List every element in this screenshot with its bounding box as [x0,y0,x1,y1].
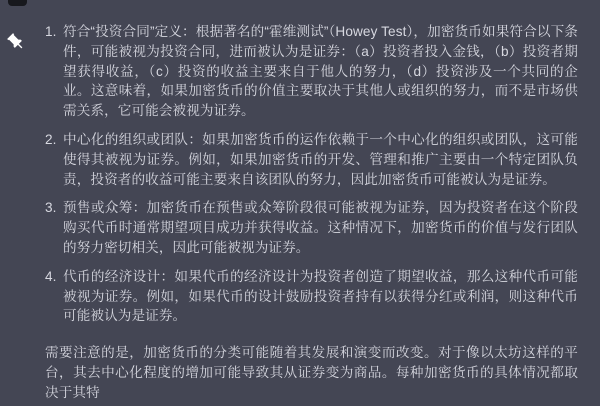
message-content: 1. 符合“投资合同”定义：根据著名的“霍维测试”（Howey Test），加密… [45,22,578,403]
closing-paragraph: 需要注意的是，加密货币的分类可能随着其发展和演变而改变。对于像以太坊这样的平台，… [45,343,578,402]
list-item-text: 代币的经济设计：如果代币的经济设计为投资者创造了期望收益，那么这种代币可能被视为… [63,267,578,326]
pin-icon[interactable] [2,28,30,56]
list-item: 4. 代币的经济设计：如果代币的经济设计为投资者创造了期望收益，那么这种代币可能… [45,267,578,326]
list-item-number: 4. [45,267,63,326]
list-item-number: 1. [45,22,63,121]
list-item: 1. 符合“投资合同”定义：根据著名的“霍维测试”（Howey Test），加密… [45,22,578,121]
list-item: 2. 中心化的组织或团队：如果加密货币的运作依赖于一个中心化的组织或团队，这可能… [45,130,578,189]
list-item-text: 预售或众筹：加密货币在预售或众筹阶段很可能被视为证券，因为投资者在这个阶段购买代… [63,198,578,257]
list-item: 3. 预售或众筹：加密货币在预售或众筹阶段很可能被视为证券，因为投资者在这个阶段… [45,198,578,257]
list-item-number: 3. [45,198,63,257]
numbered-list: 1. 符合“投资合同”定义：根据著名的“霍维测试”（Howey Test），加密… [45,22,578,326]
list-item-text: 中心化的组织或团队：如果加密货币的运作依赖于一个中心化的组织或团队，这可能使得其… [63,130,578,189]
avatar-fragment [8,0,27,6]
chat-message-panel: 1. 符合“投资合同”定义：根据著名的“霍维测试”（Howey Test），加密… [0,0,600,406]
list-item-number: 2. [45,130,63,189]
list-item-text: 符合“投资合同”定义：根据著名的“霍维测试”（Howey Test），加密货币如… [63,22,578,121]
